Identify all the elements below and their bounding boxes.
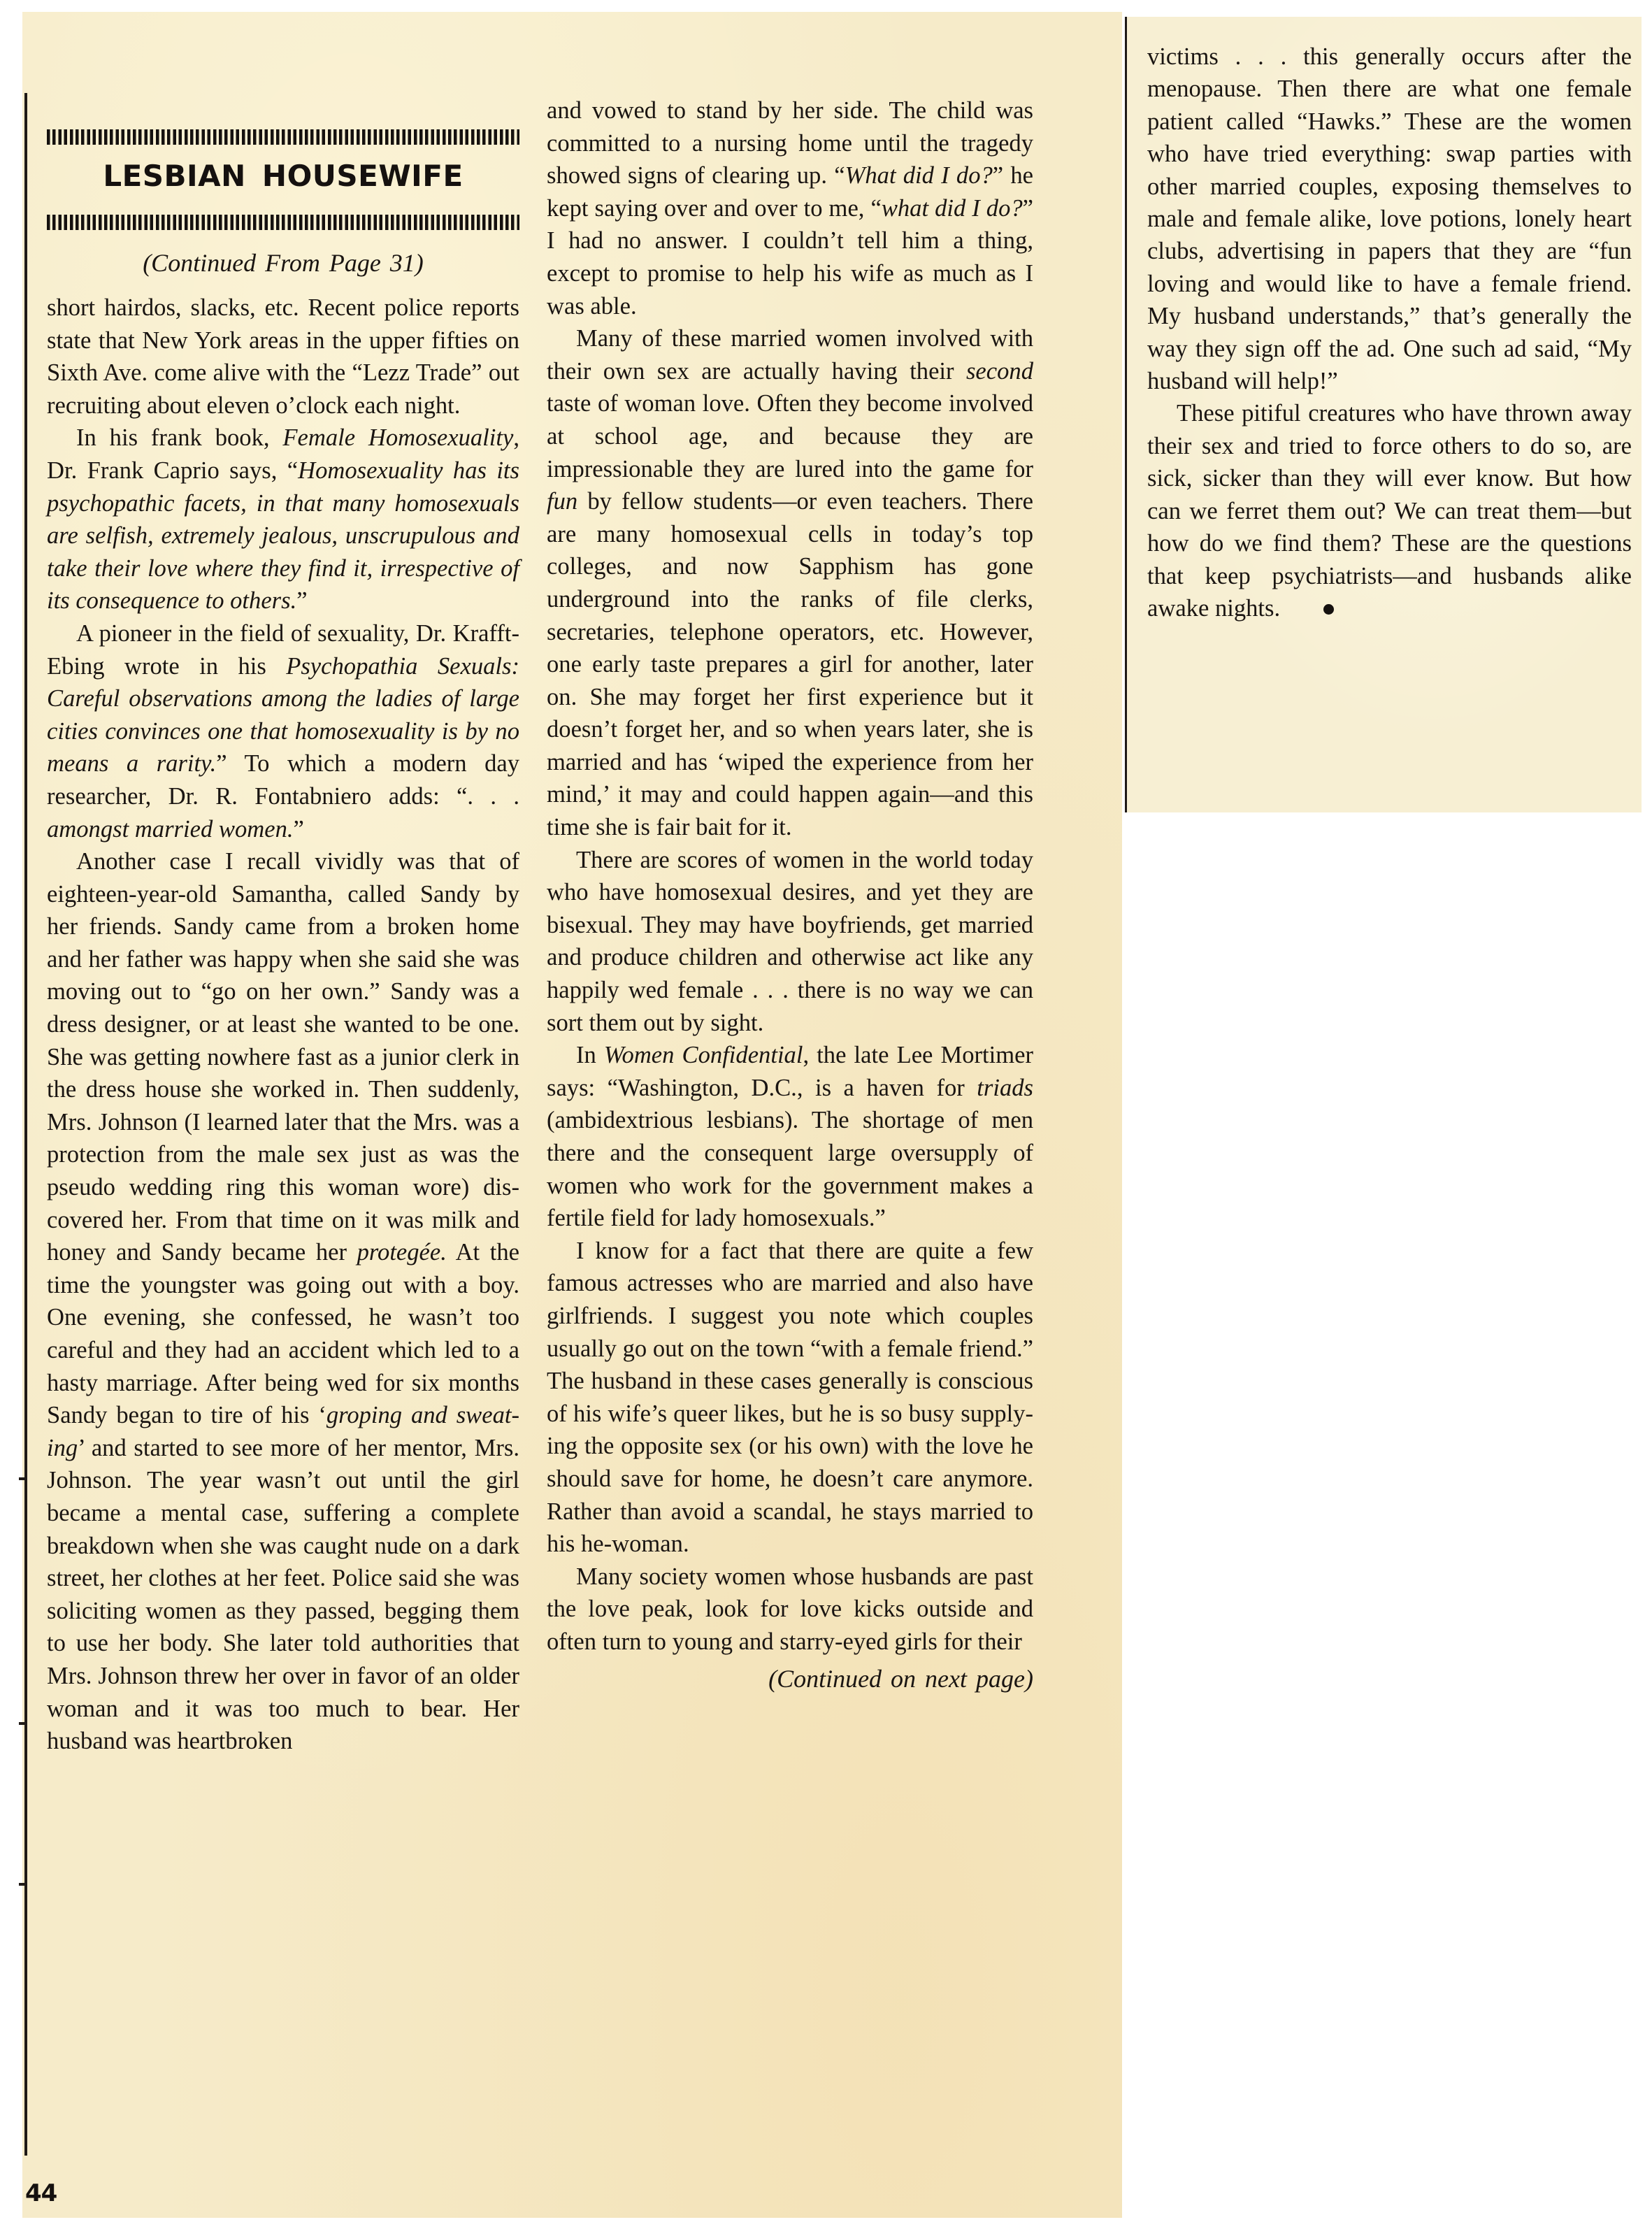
column-body: victims . . . this generally occurs afte… (1147, 41, 1632, 624)
article-column-1: LESBIAN HOUSEWIFE (Continued From Page 3… (47, 129, 546, 1758)
paragraph: victims . . . this generally occurs afte… (1147, 41, 1632, 397)
column-body: short hairdos, slacks, etc. Recent polic… (47, 292, 519, 1758)
column-body: and vowed to stand by her side. The chil… (547, 94, 1033, 1658)
border-tick-mark (19, 1722, 26, 1725)
article-clipping: victims . . . this generally occurs afte… (1125, 17, 1642, 812)
article-column-2: and vowed to stand by her side. The chil… (547, 94, 1033, 1695)
bullet-end-icon (1323, 604, 1334, 615)
article-title: LESBIAN HOUSEWIFE (47, 162, 519, 191)
continued-from-note: (Continued From Page 31) (47, 247, 519, 279)
border-tick-mark (19, 1477, 26, 1480)
paragraph: A pioneer in the field of sexuality, Dr.… (47, 617, 519, 845)
decorative-stripe-rule-top (47, 129, 519, 145)
clipping-left-border (1125, 17, 1127, 812)
paragraph: Many society women whose hus­bands are p… (547, 1561, 1033, 1658)
paragraph: There are scores of women in the world t… (547, 844, 1033, 1040)
paragraph: These pitiful creatures who have thrown … (1147, 397, 1632, 624)
paragraph: Another case I recall vividly was that o… (47, 845, 519, 1758)
left-border-rule (24, 93, 27, 2156)
paragraph: I know for a fact that there are quite a… (547, 1235, 1033, 1561)
paragraph: Many of these married women in­volved wi… (547, 322, 1033, 844)
border-tick-mark (19, 1883, 26, 1886)
decorative-stripe-rule-bottom (47, 215, 519, 230)
paragraph: In his frank book, Female Homo­sexuality… (47, 422, 519, 617)
paragraph: short hairdos, slacks, etc. Recent polic… (47, 292, 519, 422)
continued-next-note: (Continued on next page) (547, 1663, 1033, 1696)
article-column-3: victims . . . this generally occurs afte… (1147, 41, 1632, 624)
magazine-page: LESBIAN HOUSEWIFE (Continued From Page 3… (22, 12, 1122, 2218)
paragraph: In Women Confidential, the late Lee Mort… (547, 1039, 1033, 1235)
page-number: 44 (25, 2179, 57, 2207)
paragraph: and vowed to stand by her side. The chil… (547, 94, 1033, 322)
